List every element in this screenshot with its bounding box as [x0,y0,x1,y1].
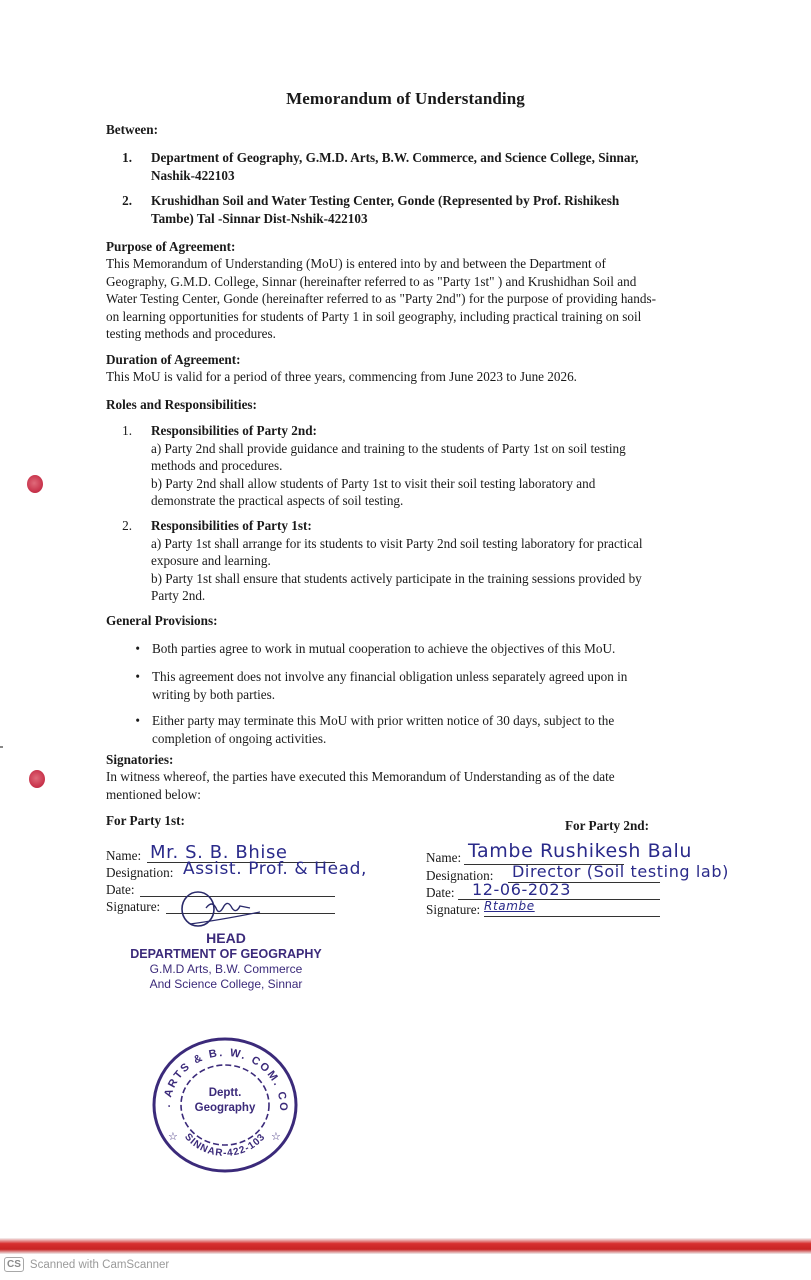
party-1-signature-label: Signature: [106,898,160,916]
general-provisions-heading: General Provisions: [106,613,217,629]
bullet-icon: • [120,712,140,730]
signatories-text: In witness whereof, the parties have exe… [106,768,726,803]
party-2-signature-line [484,916,660,917]
scanned-page: Memorandum of Understanding Between: 1. … [0,0,811,1280]
between-heading: Between: [106,122,158,138]
party-2-name-label: Name: [426,849,461,867]
signatories-heading: Signatories: [106,752,173,768]
party-2-heading: For Party 2nd: [565,818,649,834]
bullet-icon: • [120,668,140,686]
party-2-date-label: Date: [426,884,455,902]
camscanner-watermark: CS Scanned with CamScanner [4,1257,169,1272]
svg-text:☆: ☆ [271,1130,281,1143]
stamp-center-text: Deptt. Geography [146,1086,304,1116]
party-2-name-value: Tambe Rushikesh Balu [468,840,692,862]
provision-bullet-1: • Both parties agree to work in mutual c… [106,640,726,658]
head-seal: HEAD DEPARTMENT OF GEOGRAPHY G.M.D Arts,… [106,930,346,992]
svg-text:☆: ☆ [168,1130,178,1143]
duration-heading: Duration of Agreement: [106,352,241,368]
bullet-icon: • [120,640,140,658]
party-1-name-label: Name: [106,847,141,865]
provision-bullet-3: • Either party may terminate this MoU wi… [106,712,726,747]
duration-text: This MoU is valid for a period of three … [106,368,577,386]
party-1-date-label: Date: [106,881,135,899]
scanner-edge-bar [0,1238,811,1254]
department-stamp: G. M. D. ARTS & B. W. COM. COLLEGE SINNA… [146,1034,304,1176]
party-2-date-value: 12-06-2023 [472,880,571,899]
responsibility-party-1: 2. Responsibilities of Party 1st: a) Par… [106,517,726,605]
camscanner-text: Scanned with CamScanner [30,1259,169,1271]
punch-hole-bottom [29,770,45,788]
roles-heading: Roles and Responsibilities: [106,397,257,413]
party-list-item-2: 2. Krushidhan Soil and Water Testing Cen… [106,192,726,227]
party-2-designation-value: Director (Soil testing lab) [512,862,729,881]
party-list-item-1: 1. Department of Geography, G.M.D. Arts,… [106,149,726,184]
party-1-heading: For Party 1st: [106,813,185,829]
responsibility-party-2: 1. Responsibilities of Party 2nd: a) Par… [106,422,726,510]
party-1-designation-value: Assist. Prof. & Head, [183,859,367,879]
purpose-paragraph: This Memorandum of Understanding (MoU) i… [106,255,726,343]
party-2-signature-label: Signature: [426,901,480,919]
party-1-signature-scribble [178,890,288,930]
fold-mark [0,746,3,748]
camscanner-logo-icon: CS [4,1257,24,1272]
punch-hole-top [27,475,43,493]
document-title: Memorandum of Understanding [0,89,811,109]
provision-bullet-2: • This agreement does not involve any fi… [106,668,726,703]
party-1-designation-label: Designation: [106,864,173,882]
party-2-signature-value: Rtambe [484,899,535,913]
purpose-heading: Purpose of Agreement: [106,239,235,255]
